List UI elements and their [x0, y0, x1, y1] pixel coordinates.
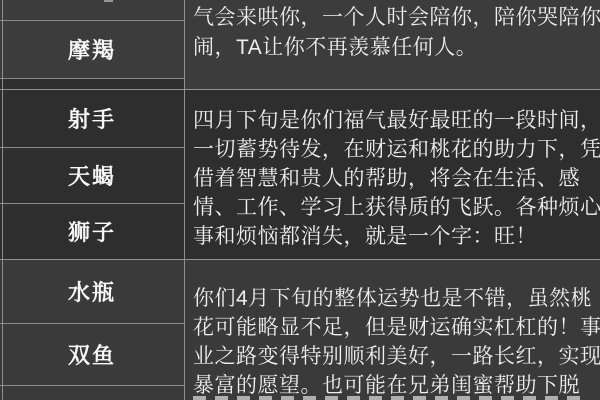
left-edge-grid-line — [2, 0, 3, 400]
sign-cell-sagittarius: 射手 — [0, 90, 184, 148]
fortune-text-line: 闹，TA让你不再羡慕任何人。 — [193, 33, 594, 63]
sign-column: 水瓶 双鱼 — [0, 260, 185, 400]
fortune-text-line: 一切蓄势待发，在财运和桃花的助力下，凭 — [193, 135, 594, 164]
fortune-group-1: 摩羯 气会来哄你，一个人时会陪你，陪你哭陪你 闹，TA让你不再羡慕任何人。 — [0, 0, 600, 89]
fortune-group-2: 射手 天蝎 狮子 四月下旬是你们福气最好最旺的一段时间， 一切蓄势待发，在财运和… — [0, 89, 600, 259]
fortune-text-2: 四月下旬是你们福气最好最旺的一段时间， 一切蓄势待发，在财运和桃花的助力下，凭 … — [185, 90, 600, 259]
fortune-text-line: 你们4月下旬的整体运势也是不错，虽然桃 — [193, 284, 594, 313]
fortune-text-3: 你们4月下旬的整体运势也是不错，虽然桃 花可能略显不足，但是财运确实杠杠的！事 … — [185, 260, 600, 400]
fortune-text-1: 气会来哄你，一个人时会陪你，陪你哭陪你 闹，TA让你不再羡慕任何人。 — [185, 0, 600, 89]
sign-cell-pisces: 双鱼 — [0, 324, 184, 386]
sign-label-leo: 狮子 — [68, 216, 116, 247]
sign-cell-capricorn: 摩羯 — [0, 21, 184, 79]
sign-column: 摩羯 — [0, 0, 185, 89]
fortune-text-line: 借着智慧和贵人的帮助，将会在生活、感 — [193, 164, 594, 193]
sign-label-sagittarius: 射手 — [68, 103, 116, 134]
clipped-char-fragment — [104, 0, 113, 2]
fortune-text-line: 事和烦恼都消失，就是一个字：旺！ — [193, 222, 594, 251]
fortune-group-3: 水瓶 双鱼 你们4月下旬的整体运势也是不错，虽然桃 花可能略显不足，但是财运确实… — [0, 259, 600, 400]
sign-cell-scorpio: 天蝎 — [0, 148, 184, 204]
clipped-text-line-fragment — [193, 396, 583, 400]
sign-cell-clipped-bottom — [0, 386, 184, 400]
sign-cell-aquarius: 水瓶 — [0, 260, 184, 324]
sign-cell-clipped-top — [0, 0, 184, 21]
group-gap-strip — [0, 79, 184, 89]
sign-label-scorpio: 天蝎 — [68, 160, 116, 191]
sign-cell-leo: 狮子 — [0, 204, 184, 259]
sign-label-capricorn: 摩羯 — [68, 34, 116, 65]
fortune-text-line: 情、工作、学习上获得质的飞跃。各种烦心 — [193, 193, 594, 222]
zodiac-fortune-table: 摩羯 气会来哄你，一个人时会陪你，陪你哭陪你 闹，TA让你不再羡慕任何人。 射手… — [0, 0, 600, 400]
sign-label-pisces: 双鱼 — [68, 339, 116, 370]
fortune-text-line: 气会来哄你，一个人时会陪你，陪你哭陪你 — [193, 3, 594, 33]
sign-label-aquarius: 水瓶 — [68, 276, 116, 307]
fortune-text-line: 花可能略显不足，但是财运确实杠杠的！事 — [193, 313, 594, 342]
fortune-text-line: 业之路变得特别顺利美好，一路长红，实现 — [193, 342, 594, 371]
sign-column: 射手 天蝎 狮子 — [0, 90, 185, 259]
fortune-text-line: 四月下旬是你们福气最好最旺的一段时间， — [193, 106, 594, 135]
